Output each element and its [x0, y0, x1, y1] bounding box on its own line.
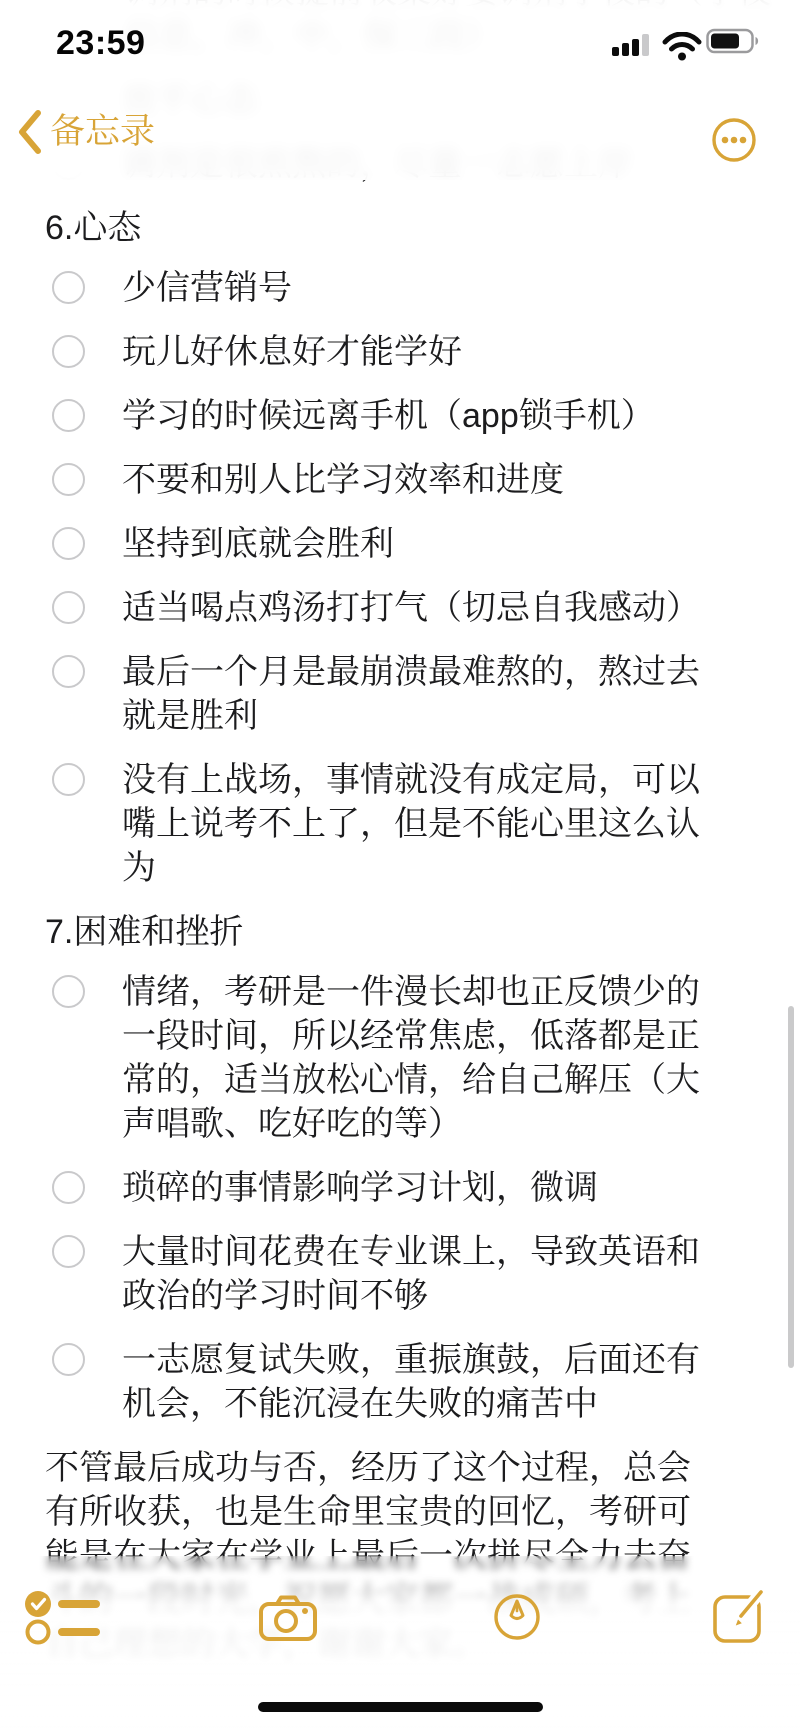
- scrollbar[interactable]: [788, 1006, 794, 1368]
- chevron-left-icon: [16, 108, 42, 156]
- checklist-item-text: 情绪，考研是一件漫长却也正反馈少的一段时间，所以经常焦虑，低落都是正常的，适当放…: [122, 970, 722, 1146]
- checklist-item-text: 学习的时候远离手机（app锁手机）: [122, 394, 722, 438]
- checklist-item-text: 坚持到底就会胜利: [122, 522, 722, 566]
- checklist-button[interactable]: [22, 1589, 112, 1645]
- ellipsis-circle-icon: [711, 117, 757, 163]
- note-content[interactable]: 调剂的时候提前收集好要调剂学校的（学校 信息，冲，中，保三段） 放平心态 调剂是…: [0, 0, 800, 1666]
- more-options-button[interactable]: [711, 117, 757, 168]
- checklist-item-text: 适当喝点鸡汤打打气（切忌自我感动）: [122, 586, 722, 630]
- checklist-item: 少信营销号: [45, 266, 755, 310]
- checkbox[interactable]: [52, 1343, 85, 1376]
- checklist-item: 一志愿复试失败，重振旗鼓，后面还有机会，不能沉浸在失败的痛苦中: [45, 1338, 755, 1426]
- markup-button[interactable]: [492, 1592, 542, 1642]
- compose-icon: [715, 1592, 761, 1641]
- checklist-item: 琐碎的事情影响学习计划，微调: [45, 1166, 755, 1210]
- back-button-label: 备忘录: [50, 108, 155, 156]
- checklist-item: 大量时间花费在专业课上，导致英语和政治的学习时间不够: [45, 1230, 755, 1318]
- checklist-item: 坚持到底就会胜利: [45, 522, 755, 566]
- checklist-item: 情绪，考研是一件漫长却也正反馈少的一段时间，所以经常焦虑，低落都是正常的，适当放…: [45, 970, 755, 1146]
- status-time: 23:59: [56, 24, 145, 63]
- checklist-item-text: 琐碎的事情影响学习计划，微调: [122, 1166, 722, 1210]
- compose-button[interactable]: [712, 1588, 768, 1644]
- checklist-item-text: 最后一个月是最崩溃最难熬的，熬过去就是胜利: [122, 650, 722, 738]
- section-heading: 6.心态: [45, 206, 755, 250]
- checklist-item-text: 大量时间花费在专业课上，导致英语和政治的学习时间不够: [122, 1230, 722, 1318]
- checkbox[interactable]: [52, 399, 85, 432]
- cellular-signal-icon: [612, 34, 654, 56]
- checkbox[interactable]: [52, 763, 85, 796]
- checklist-item: 不要和别人比学习效率和进度: [45, 458, 755, 502]
- checkbox[interactable]: [52, 527, 85, 560]
- checklist-item: 适当喝点鸡汤打打气（切忌自我感动）: [45, 586, 755, 630]
- markup-icon: [496, 1596, 538, 1638]
- checklist-item: 学习的时候远离手机（app锁手机）: [45, 394, 755, 438]
- wifi-icon: [662, 32, 702, 61]
- checklist-item-text: 少信营销号: [122, 266, 722, 310]
- home-indicator[interactable]: [258, 1702, 543, 1712]
- battery-icon: [706, 28, 760, 54]
- checkbox[interactable]: [52, 271, 85, 304]
- checklist-item-text: 不要和别人比学习效率和进度: [122, 458, 722, 502]
- checklist-item-text: 一志愿复试失败，重振旗鼓，后面还有机会，不能沉浸在失败的痛苦中: [122, 1338, 722, 1426]
- checkbox[interactable]: [52, 1171, 85, 1204]
- checkbox[interactable]: [52, 975, 85, 1008]
- camera-button[interactable]: [258, 1594, 318, 1642]
- checklist-icon: [25, 1591, 100, 1643]
- checkbox[interactable]: [52, 463, 85, 496]
- section-heading: 7.困难和挫折: [45, 910, 755, 954]
- checklist-item: 玩儿好休息好才能学好: [45, 330, 755, 374]
- checklist-item: 没有上战场，事情就没有成定局，可以嘴上说考不上了，但是不能心里这么认为: [45, 758, 755, 890]
- checklist-item-text: 玩儿好休息好才能学好: [122, 330, 722, 374]
- camera-icon: [261, 1598, 315, 1640]
- notes-app-screen: 调剂的时候提前收集好要调剂学校的（学校 信息，冲，中，保三段） 放平心态 调剂是…: [0, 0, 800, 1731]
- checklist-item-text: 没有上战场，事情就没有成定局，可以嘴上说考不上了，但是不能心里这么认为: [122, 758, 722, 890]
- checklist-item: 最后一个月是最崩溃最难熬的，熬过去就是胜利: [45, 650, 755, 738]
- checkbox[interactable]: [52, 591, 85, 624]
- checkbox[interactable]: [52, 335, 85, 368]
- checkbox[interactable]: [52, 1235, 85, 1268]
- checkbox[interactable]: [52, 655, 85, 688]
- back-button[interactable]: 备忘录: [16, 108, 155, 156]
